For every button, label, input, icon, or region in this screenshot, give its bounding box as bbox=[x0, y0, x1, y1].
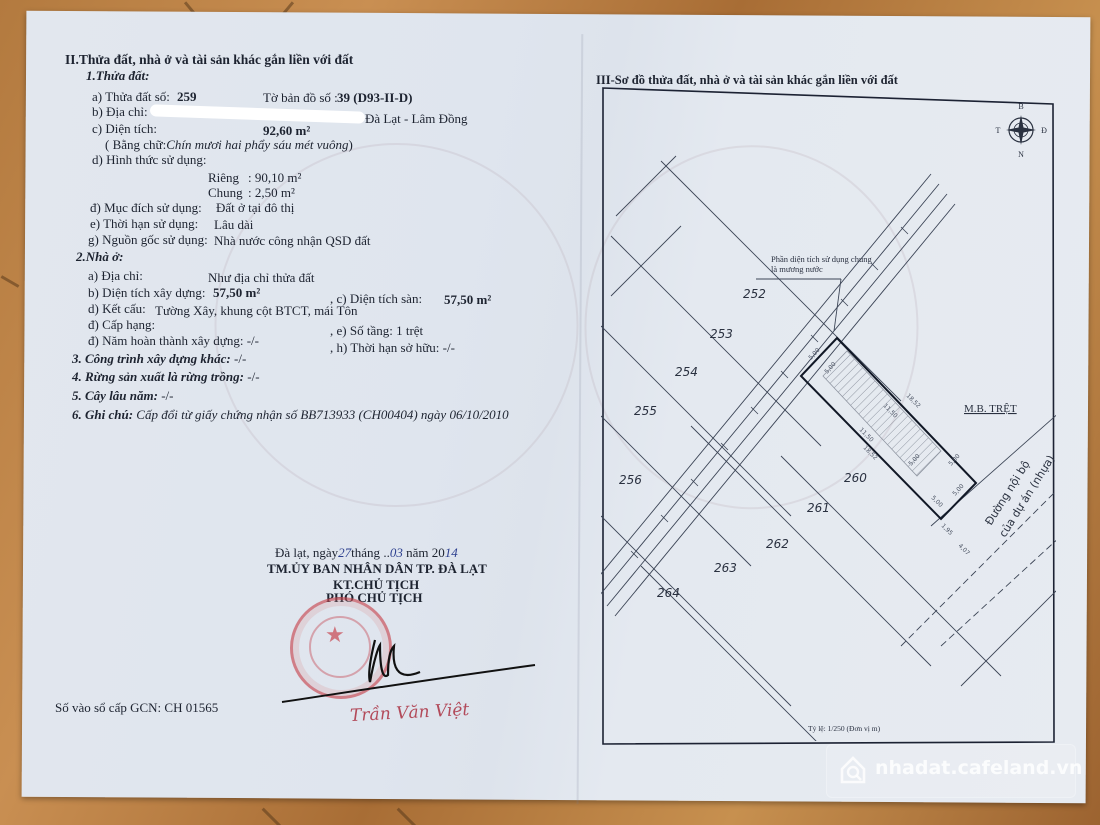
area-words-prefix: ( Bằng chữ: bbox=[105, 137, 166, 152]
section2-title: II.Thửa đất, nhà ở và tài sản khác gắn l… bbox=[65, 52, 353, 68]
address-label: b) Địa chỉ: bbox=[92, 104, 148, 120]
perennial-label: 5. Cây lâu năm: bbox=[72, 388, 158, 403]
date-day: 27 bbox=[338, 545, 351, 560]
house-search-icon bbox=[839, 755, 867, 785]
usage-form-label: d) Hình thức sử dụng: bbox=[92, 152, 206, 168]
authority-line: TM.ỦY BAN NHÂN DÂN TP. ĐÀ LẠT bbox=[267, 561, 487, 577]
address-visible: Đà Lạt - Lâm Đồng bbox=[365, 111, 468, 127]
origin-value: Nhà nước công nhận QSD đất bbox=[214, 233, 371, 249]
svg-text:T: T bbox=[996, 126, 1001, 135]
purpose-value: Đất ở tại đô thị bbox=[216, 200, 294, 216]
floors-label: , e) Số tầng: bbox=[330, 323, 393, 338]
term-label: e) Thời hạn sử dụng: bbox=[90, 216, 198, 232]
area-words: Chín mươi hai phẩy sáu mét vuông bbox=[166, 137, 348, 152]
issue-date: Đà lạt, ngày27tháng ..03 năm 2014 bbox=[275, 545, 458, 561]
svg-text:Đ: Đ bbox=[1041, 126, 1047, 135]
svg-text:B: B bbox=[1018, 102, 1023, 111]
private-area: : 90,10 m² bbox=[248, 170, 301, 186]
registry-number: Số vào sổ cấp GCN: CH 01565 bbox=[55, 700, 218, 716]
perennial-trees: 5. Cây lâu năm: -/- bbox=[72, 388, 174, 404]
wood-grain bbox=[397, 808, 417, 825]
registry-label: Số vào sổ cấp GCN: bbox=[55, 700, 161, 715]
grade-label: đ) Cấp hạng: bbox=[88, 317, 155, 333]
area-in-words: ( Bằng chữ:Chín mươi hai phẩy sáu mét vu… bbox=[105, 137, 353, 153]
area-label: c) Diện tích: bbox=[92, 121, 157, 137]
purpose-label: đ) Mục đích sử dụng: bbox=[90, 200, 202, 216]
compass-icon bbox=[1006, 115, 1036, 145]
watermark-badge: nhadat.cafeland.vn bbox=[826, 744, 1076, 798]
house-heading: 2.Nhà ở: bbox=[76, 249, 123, 265]
date-year-label: năm 20 bbox=[406, 545, 445, 560]
svg-text:Tỷ lệ: 1/250 (Đơn vị m): Tỷ lệ: 1/250 (Đơn vị m) bbox=[808, 724, 881, 733]
floors: , e) Số tầng: 1 trệt bbox=[330, 323, 423, 339]
other-works-value: -/- bbox=[234, 351, 246, 366]
parcel-label: a) Thửa đất số: bbox=[92, 89, 170, 105]
build-area-label: b) Diện tích xây dựng: bbox=[88, 285, 206, 301]
completion-year-value: -/- bbox=[247, 333, 259, 348]
term-value: Lâu dài bbox=[214, 217, 253, 233]
floor-area-value: 57,50 m² bbox=[444, 292, 491, 308]
note: 6. Ghi chú: Cấp đổi từ giấy chứng nhận s… bbox=[72, 407, 509, 423]
svg-text:là mương nước: là mương nước bbox=[771, 264, 823, 274]
svg-text:1,95: 1,95 bbox=[940, 522, 955, 537]
svg-text:253: 253 bbox=[710, 327, 733, 341]
svg-text:5,00: 5,00 bbox=[930, 494, 945, 509]
handwritten-signature bbox=[270, 620, 540, 710]
structure-label: d) Kết cấu: bbox=[88, 301, 146, 317]
svg-text:262: 262 bbox=[766, 537, 789, 551]
svg-text:Phần diện tích sử dụng chung: Phần diện tích sử dụng chung bbox=[771, 254, 872, 264]
note-label: 6. Ghi chú: bbox=[72, 407, 133, 422]
svg-text:256: 256 bbox=[619, 473, 642, 487]
svg-text:M.B. TRỆT: M.B. TRỆT bbox=[964, 403, 1017, 415]
origin-label: g) Nguồn gốc sử dụng: bbox=[88, 232, 208, 248]
area-words-suffix: ) bbox=[349, 137, 353, 152]
house-address-label: a) Địa chỉ: bbox=[88, 268, 143, 284]
date-prefix: Đà lạt, ngày bbox=[275, 545, 338, 560]
svg-text:255: 255 bbox=[634, 404, 657, 418]
completion-year: đ) Năm hoàn thành xây dựng: -/- bbox=[88, 333, 259, 349]
land-heading: 1.Thửa đất: bbox=[86, 68, 149, 84]
ownership-term-value: -/- bbox=[443, 340, 455, 355]
forest-label: 4. Rừng sản xuất là rừng trồng: bbox=[72, 369, 244, 384]
date-month: 03 bbox=[390, 545, 403, 560]
note-value: Cấp đổi từ giấy chứng nhận số BB713933 (… bbox=[136, 407, 508, 422]
wood-grain bbox=[262, 808, 282, 825]
map-sheet-number: 39 (D93-II-D) bbox=[337, 90, 412, 106]
svg-text:260: 260 bbox=[844, 471, 867, 485]
date-year-suffix: 14 bbox=[445, 545, 458, 560]
forest: 4. Rừng sản xuất là rừng trồng: -/- bbox=[72, 369, 260, 385]
completion-year-label: đ) Năm hoàn thành xây dựng: bbox=[88, 333, 243, 348]
svg-text:18,52: 18,52 bbox=[905, 392, 922, 409]
shared-label: Chung bbox=[208, 185, 243, 201]
watermark-text: nhadat.cafeland.vn bbox=[875, 757, 1082, 779]
other-works: 3. Công trình xây dựng khác: -/- bbox=[72, 351, 246, 367]
other-works-label: 3. Công trình xây dựng khác: bbox=[72, 351, 231, 366]
svg-text:18,52: 18,52 bbox=[862, 444, 879, 461]
svg-text:264: 264 bbox=[657, 586, 680, 600]
floors-value: 1 trệt bbox=[396, 323, 423, 338]
build-area-value: 57,50 m² bbox=[213, 285, 260, 301]
svg-text:263: 263 bbox=[714, 561, 737, 575]
shared-area: : 2,50 m² bbox=[248, 185, 295, 201]
ownership-term-label: , h) Thời hạn sở hữu: bbox=[330, 340, 439, 355]
page-fold bbox=[577, 34, 584, 804]
map-sheet-label: Tờ bản đồ số : bbox=[263, 90, 338, 106]
parcel-number: 259 bbox=[177, 89, 197, 105]
date-month-label: tháng bbox=[351, 545, 380, 560]
private-label: Riêng bbox=[208, 170, 239, 186]
perennial-value: -/- bbox=[161, 388, 173, 403]
svg-text:N: N bbox=[1018, 150, 1024, 159]
wood-grain bbox=[1, 275, 20, 288]
house-address-value: Như địa chỉ thửa đất bbox=[208, 270, 315, 286]
structure-value: Tường Xây, khung cột BTCT, mái Tôn bbox=[155, 303, 358, 319]
svg-text:4,07: 4,07 bbox=[957, 542, 972, 557]
svg-text:252: 252 bbox=[743, 287, 766, 301]
svg-text:261: 261 bbox=[807, 501, 830, 515]
ownership-term: , h) Thời hạn sở hữu: -/- bbox=[330, 340, 455, 356]
parcel-diagram: B N Đ T 252 253 254 255 256 260 261 262 … bbox=[601, 86, 1061, 746]
registry-value: CH 01565 bbox=[164, 700, 218, 715]
forest-value: -/- bbox=[247, 369, 259, 384]
svg-text:254: 254 bbox=[675, 365, 698, 379]
